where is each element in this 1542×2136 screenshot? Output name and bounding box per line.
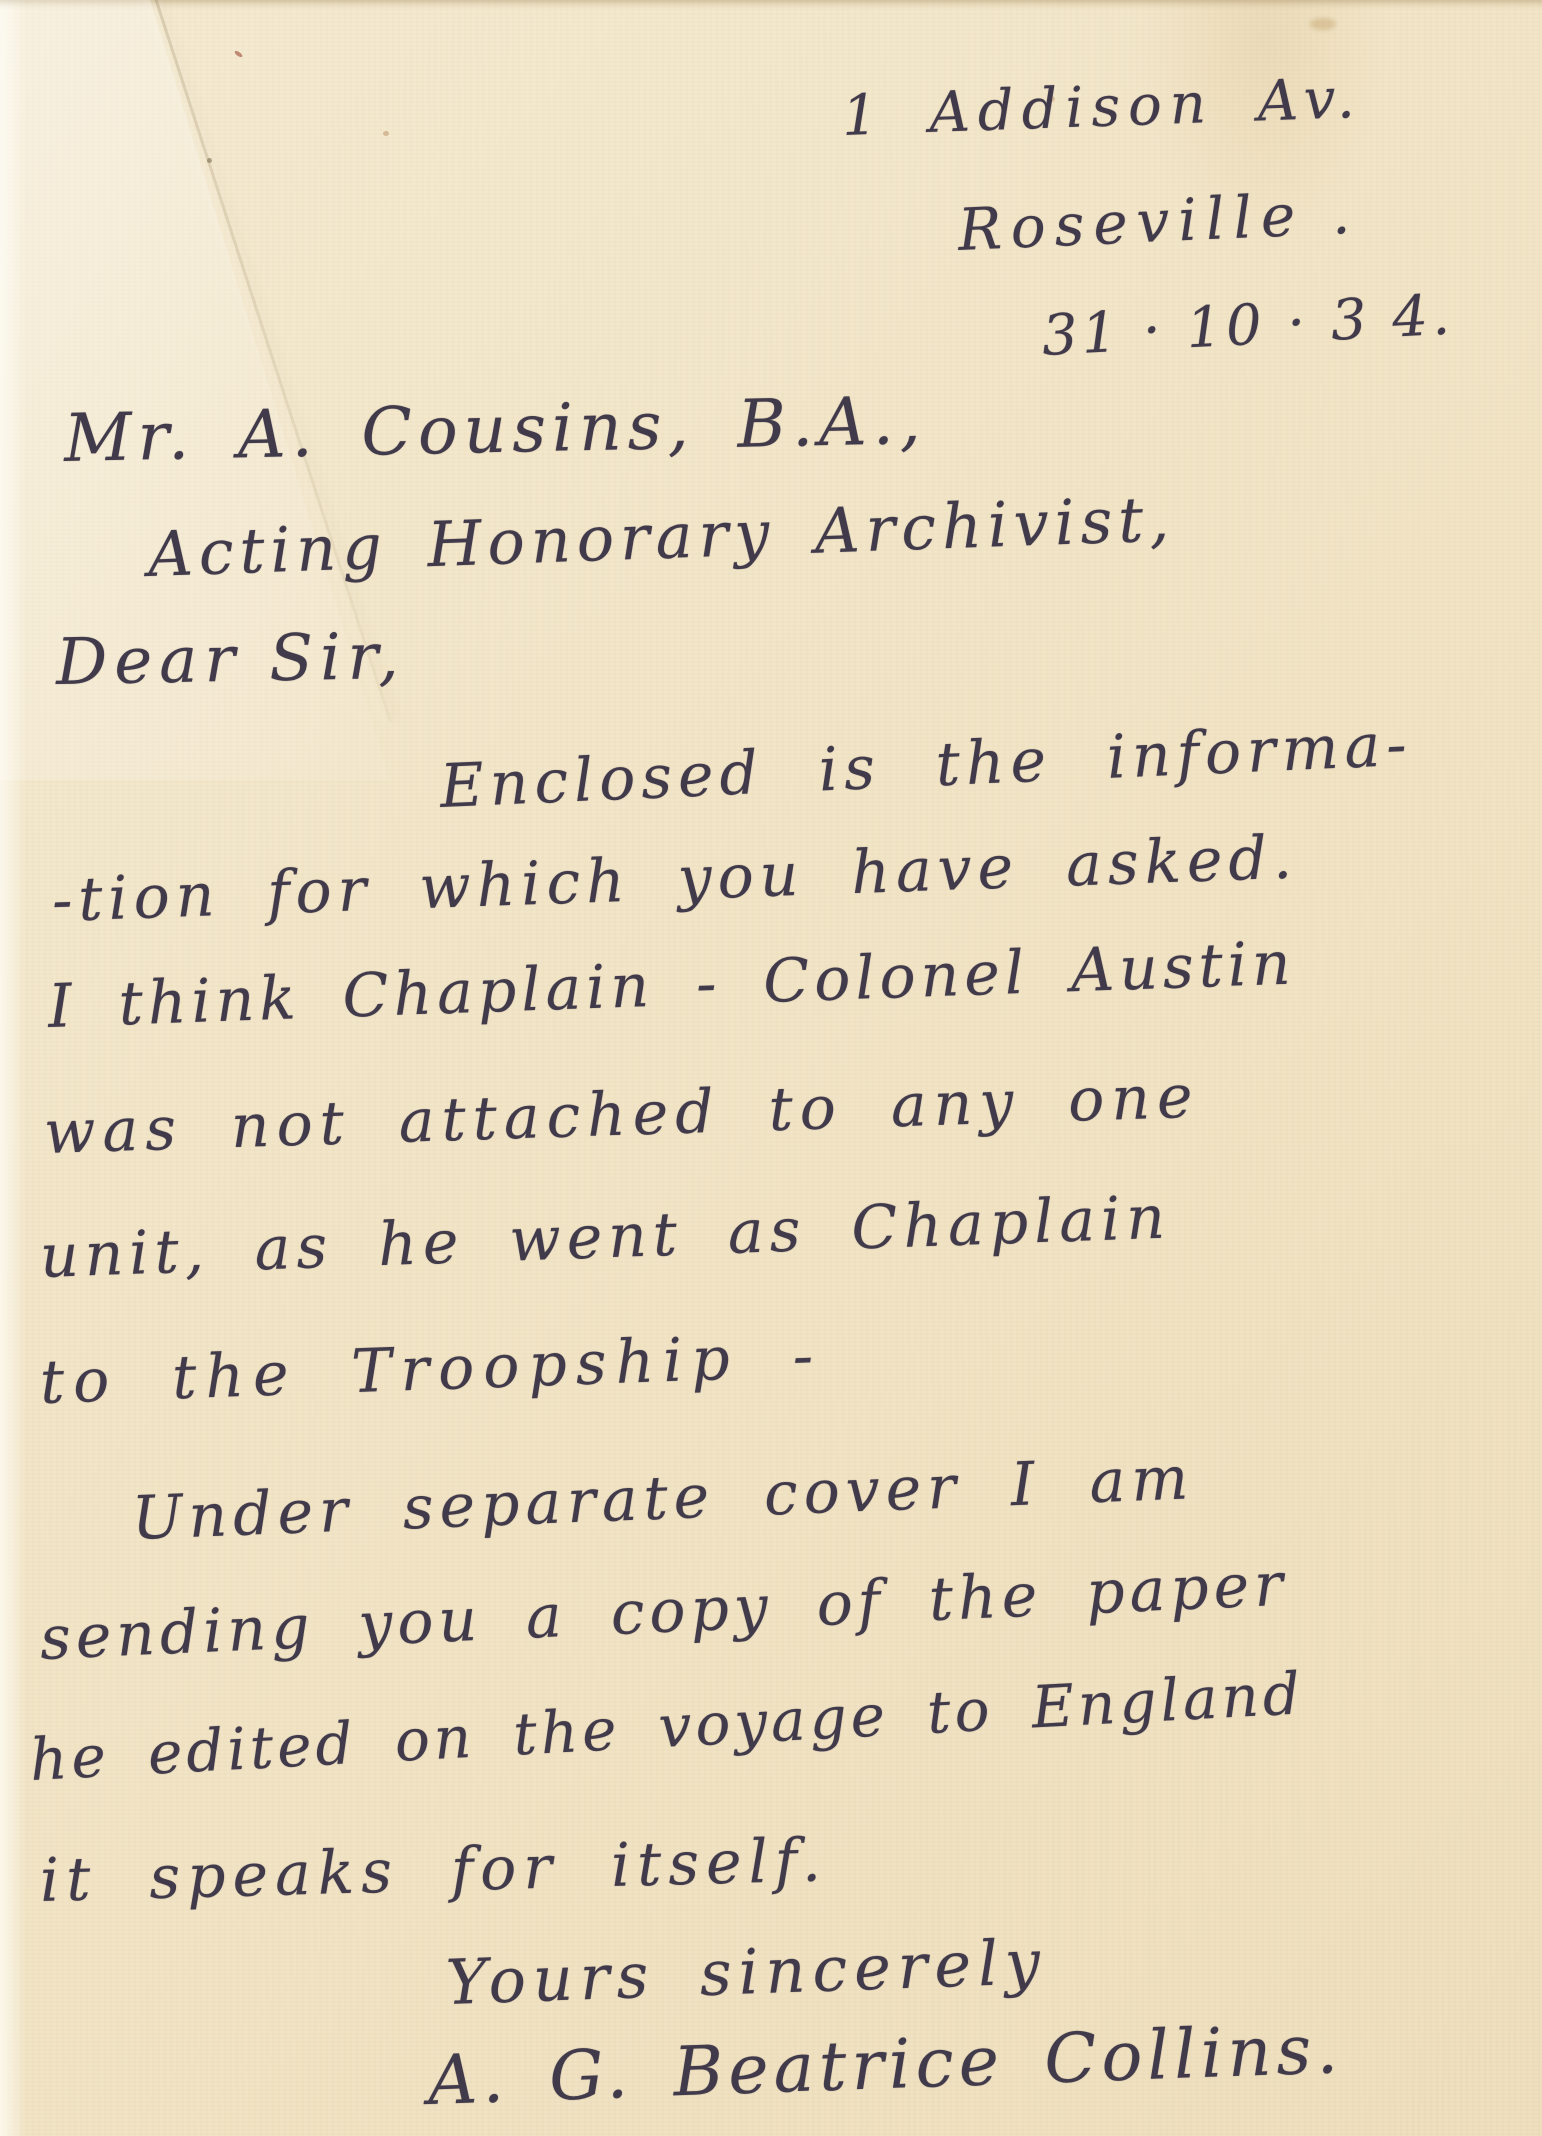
letter-date: 31 · 10 · 3 4.: [1040, 282, 1455, 368]
body-line: -tion for which you have asked.: [51, 823, 1299, 936]
body-line: Under separate cover I am: [131, 1443, 1196, 1554]
body-line: it speaks for itself.: [39, 1825, 829, 1916]
paper-speck: [383, 131, 389, 136]
body-line: was not attached to any one: [43, 1062, 1201, 1168]
paper-stain: [1310, 18, 1336, 30]
body-line: to the Troopship -: [39, 1321, 823, 1418]
paper-speck: [207, 158, 212, 163]
fold-crease-line: [148, 0, 392, 722]
signature: A. G. Beatrice Collins.: [427, 2010, 1344, 2121]
sender-address-line-1: 1 Addison Av.: [841, 66, 1364, 149]
body-line: unit, as he went as Chaplain: [39, 1183, 1172, 1292]
salutation: Dear Sir,: [55, 620, 406, 700]
closing: Yours sincerely: [445, 1925, 1048, 2019]
body-line: Enclosed is the informa-: [438, 710, 1413, 822]
recipient-name: Mr. A. Cousins, B.A.,: [63, 382, 927, 477]
letter-page: 1 Addison Av. Roseville . 31 · 10 · 3 4.…: [0, 0, 1542, 2136]
paper-top-edge: [0, 0, 1542, 10]
recipient-title: Acting Honorary Archivist,: [147, 482, 1176, 591]
sender-address-line-2: Roseville .: [957, 179, 1361, 264]
paper-left-edge: [0, 0, 26, 2136]
body-line: he edited on the voyage to England: [28, 1659, 1305, 1794]
body-line: sending you a copy of the paper: [38, 1550, 1289, 1674]
paper-speck: [234, 50, 244, 58]
body-line: I think Chaplain - Colonel Austin: [47, 928, 1297, 1042]
